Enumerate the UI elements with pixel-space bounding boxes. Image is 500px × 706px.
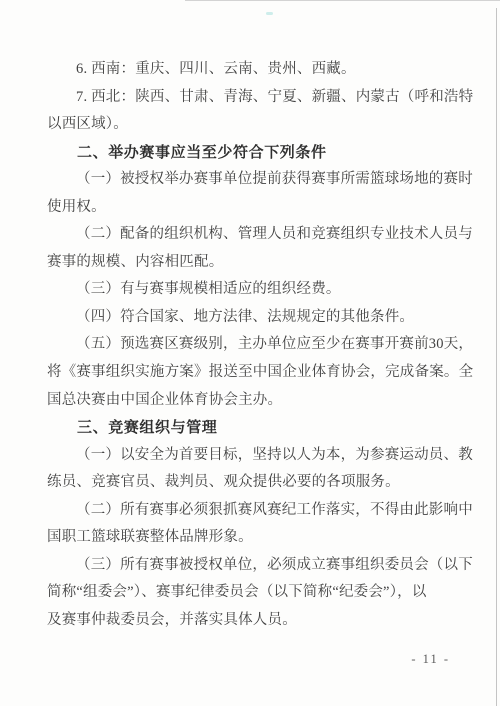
- text-line: 赛事的规模、内容相匹配。: [47, 249, 467, 277]
- text-line: （五）预选赛区赛级别，主办单位应至少在赛事开赛前30天，: [47, 331, 467, 359]
- scan-edge-right: [496, 8, 497, 706]
- text-line: （二）所有赛事必须狠抓赛风赛纪工作落实，不得由此影响中: [47, 497, 467, 525]
- text-line: （三）所有赛事被授权单位，必须成立赛事组织委员会（以下: [47, 552, 467, 580]
- section-heading: 三、竞赛组织与管理: [47, 414, 467, 442]
- text-line: 及赛事仲裁委员会，并落实具体人员。: [47, 607, 467, 635]
- scan-speck: [266, 12, 273, 15]
- section-heading: 二、举办赛事应当至少符合下列条件: [47, 139, 467, 167]
- document-body: 6. 西南：重庆、四川、云南、贵州、西藏。7. 西北：陕西、甘肃、青海、宁夏、新…: [47, 56, 467, 634]
- document-page: 6. 西南：重庆、四川、云南、贵州、西藏。7. 西北：陕西、甘肃、青海、宁夏、新…: [0, 0, 500, 706]
- text-line: （二）配备的组织机构、管理人员和竞赛组织专业技术人员与: [47, 221, 467, 249]
- text-line: 6. 西南：重庆、四川、云南、贵州、西藏。: [47, 56, 467, 84]
- text-line: 使用权。: [47, 194, 467, 222]
- text-line: （一）以安全为首要目标，坚持以人为本，为参赛运动员、教: [47, 442, 467, 470]
- text-line: 将《赛事组织实施方案》报送至中国企业体育协会，完成备案。全: [47, 359, 467, 387]
- text-line: 国总决赛由中国企业体育协会主办。: [47, 387, 467, 415]
- text-line: （一）被授权举办赛事单位提前获得赛事所需篮球场地的赛时: [47, 166, 467, 194]
- page-number: - 11 -: [411, 652, 450, 667]
- text-line: 简称“组委会”）、赛事纪律委员会（以下简称“纪委会”），以: [47, 579, 467, 607]
- text-line: （三）有与赛事规模相适应的组织经费。: [47, 276, 467, 304]
- text-line: 练员、竞赛官员、裁判员、观众提供必要的各项服务。: [47, 469, 467, 497]
- text-line: 7. 西北：陕西、甘肃、青海、宁夏、新疆、内蒙古（呼和浩特: [47, 84, 467, 112]
- text-line: 国职工篮球联赛整体品牌形象。: [47, 524, 467, 552]
- text-line: （四）符合国家、地方法律、法规规定的其他条件。: [47, 304, 467, 332]
- scan-edge-top: [185, 0, 500, 1]
- text-line: 以西区域）。: [47, 111, 467, 139]
